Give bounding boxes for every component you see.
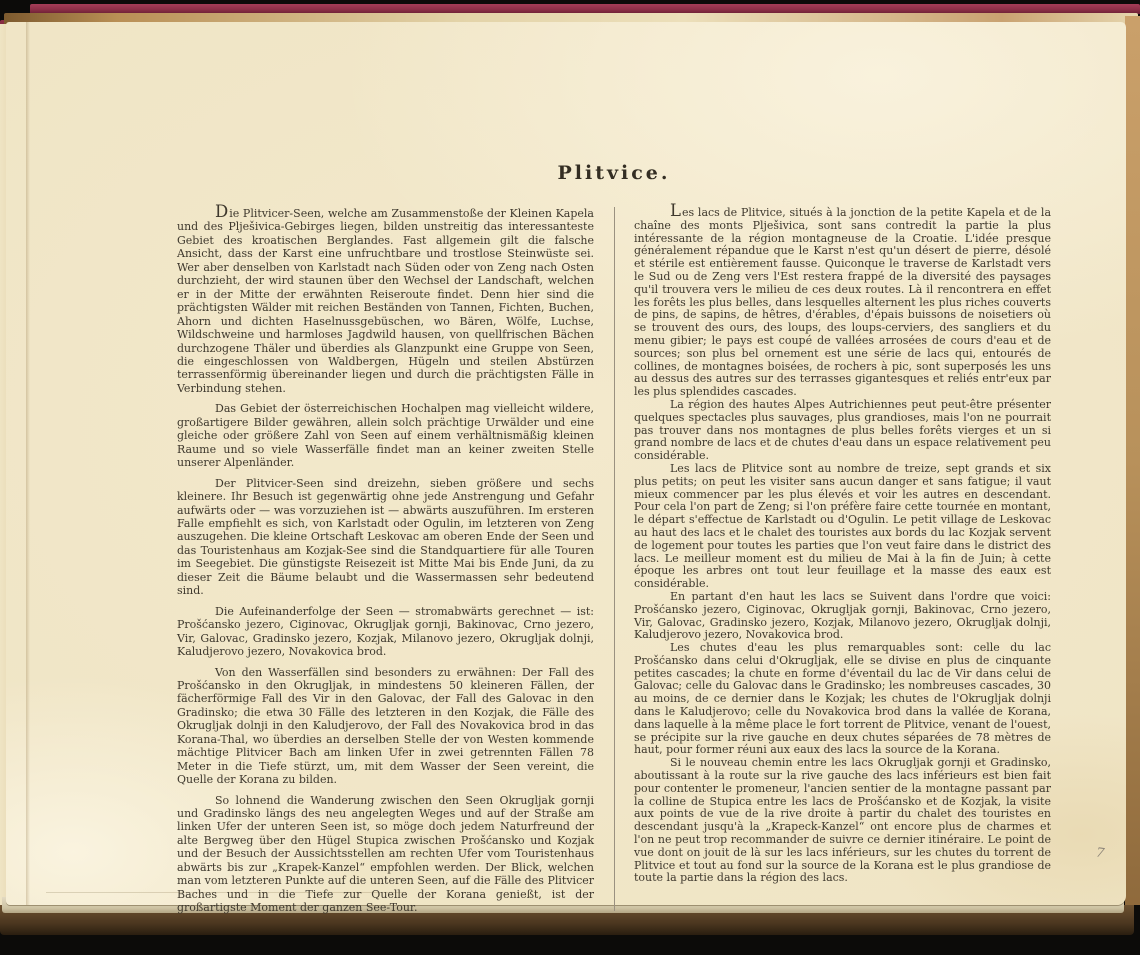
paragraph: Si le nouveau chemin entre les lacs Okru…: [634, 757, 1051, 885]
paragraph: So lohnend die Wanderung zwischen den Se…: [177, 794, 594, 915]
gutter-crease: [26, 22, 30, 905]
page-title: Plitvice.: [177, 162, 1051, 184]
page-content: Plitvice. Die Plitvicer-Seen, welche am …: [177, 162, 1051, 915]
paragraph: Von den Wasserfällen sind besonders zu e…: [177, 666, 594, 787]
paragraph: Les lacs de Plitvice, situés à la joncti…: [634, 205, 1051, 399]
paragraph: La région des hautes Alpes Autrichiennes…: [634, 399, 1051, 463]
paragraph: Die Aufeinanderfolge der Seen — stromabw…: [177, 605, 594, 659]
paragraph: Der Plitvicer-Seen sind dreizehn, sieben…: [177, 477, 594, 598]
pencil-page-mark: 7: [1095, 845, 1105, 861]
paragraph: Les lacs de Plitvice sont au nombre de t…: [634, 463, 1051, 591]
next-page-edge: [1125, 16, 1140, 905]
german-column: Die Plitvicer-Seen, welche am Zusammenst…: [177, 205, 594, 915]
two-column-text-block: Die Plitvicer-Seen, welche am Zusammenst…: [177, 205, 1051, 915]
french-column: Les lacs de Plitvice, situés à la joncti…: [634, 205, 1051, 915]
paragraph: En partant d'en haut les lacs se Suivent…: [634, 591, 1051, 642]
photo-background: Plitvice. Die Plitvicer-Seen, welche am …: [0, 0, 1140, 955]
paragraph: Die Plitvicer-Seen, welche am Zusammenst…: [177, 205, 594, 395]
paragraph: Das Gebiet der österreichischen Hochalpe…: [177, 402, 594, 469]
column-divider-rule: [614, 207, 615, 911]
paragraph: Les chutes d'eau les plus remarquables s…: [634, 642, 1051, 757]
book-page: Plitvice. Die Plitvicer-Seen, welche am …: [6, 22, 1126, 905]
